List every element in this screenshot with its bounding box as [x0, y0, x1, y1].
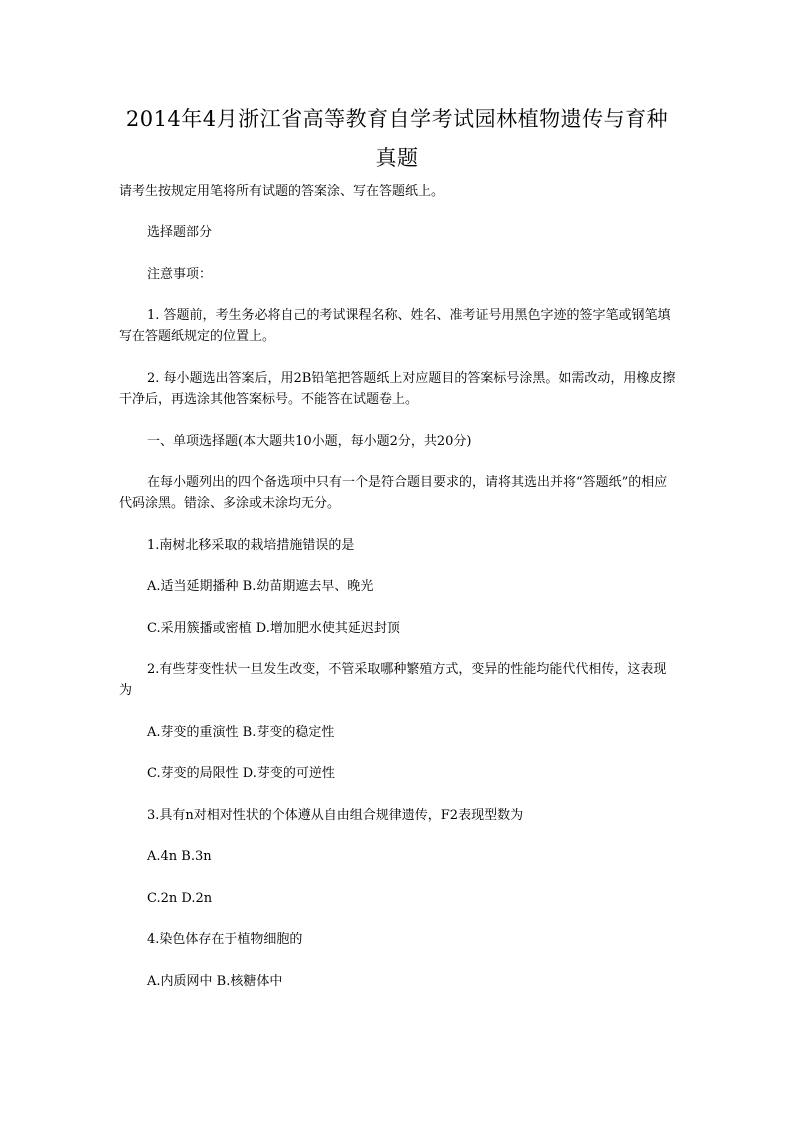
question-4-options-ab: A.内质网中 B.核糖体中	[119, 971, 679, 992]
part-one-heading: 一、单项选择题(本大题共10小题，每小题2分，共20分)	[119, 431, 679, 452]
question-1-stem: 1.南树北移采取的栽培措施错误的是	[119, 535, 679, 556]
question-3-stem: 3.具有n对相对性状的个体遵从自由组合规律遗传，F2表现型数为	[119, 805, 679, 826]
question-2-options-ab: A.芽变的重演性 B.芽变的稳定性	[119, 722, 679, 743]
question-1-options-ab: A.适当延期播种 B.幼苗期遮去早、晚光	[119, 576, 679, 597]
section-label: 选择题部分	[119, 222, 679, 243]
notice-heading: 注意事项：	[119, 264, 679, 285]
document-page: 2014年4月浙江省高等教育自学考试园林植物遗传与育种 真题 请考生按规定用笔将…	[0, 0, 794, 1123]
question-4-stem: 4.染色体存在于植物细胞的	[119, 929, 679, 950]
intro-text: 请考生按规定用笔将所有试题的答案涂、写在答题纸上。	[119, 181, 679, 202]
document-title-line-1: 2014年4月浙江省高等教育自学考试园林植物遗传与育种	[0, 107, 794, 131]
question-3-options-cd: C.2n D.2n	[119, 888, 679, 909]
notice-item-1: 1. 答题前，考生务必将自己的考试课程名称、姓名、准考证号用黑色字迹的签字笔或钢…	[119, 305, 679, 347]
document-title-line-2: 真题	[0, 146, 794, 170]
question-3-options-ab: A.4n B.3n	[119, 846, 679, 867]
question-2-stem: 2.有些芽变性状一旦发生改变，不管采取哪种繁殖方式，变异的性能均能代代相传，这表…	[119, 659, 679, 701]
question-2-options-cd: C.芽变的局限性 D.芽变的可逆性	[119, 763, 679, 784]
notice-item-2: 2. 每小题选出答案后，用2B铅笔把答题纸上对应题目的答案标号涂黑。如需改动，用…	[119, 368, 679, 410]
question-1-options-cd: C.采用簇播或密植 D.增加肥水使其延迟封顶	[119, 618, 679, 639]
part-one-instructions: 在每小题列出的四个备选项中只有一个是符合题目要求的，请将其选出并将“答题纸”的相…	[119, 472, 679, 514]
